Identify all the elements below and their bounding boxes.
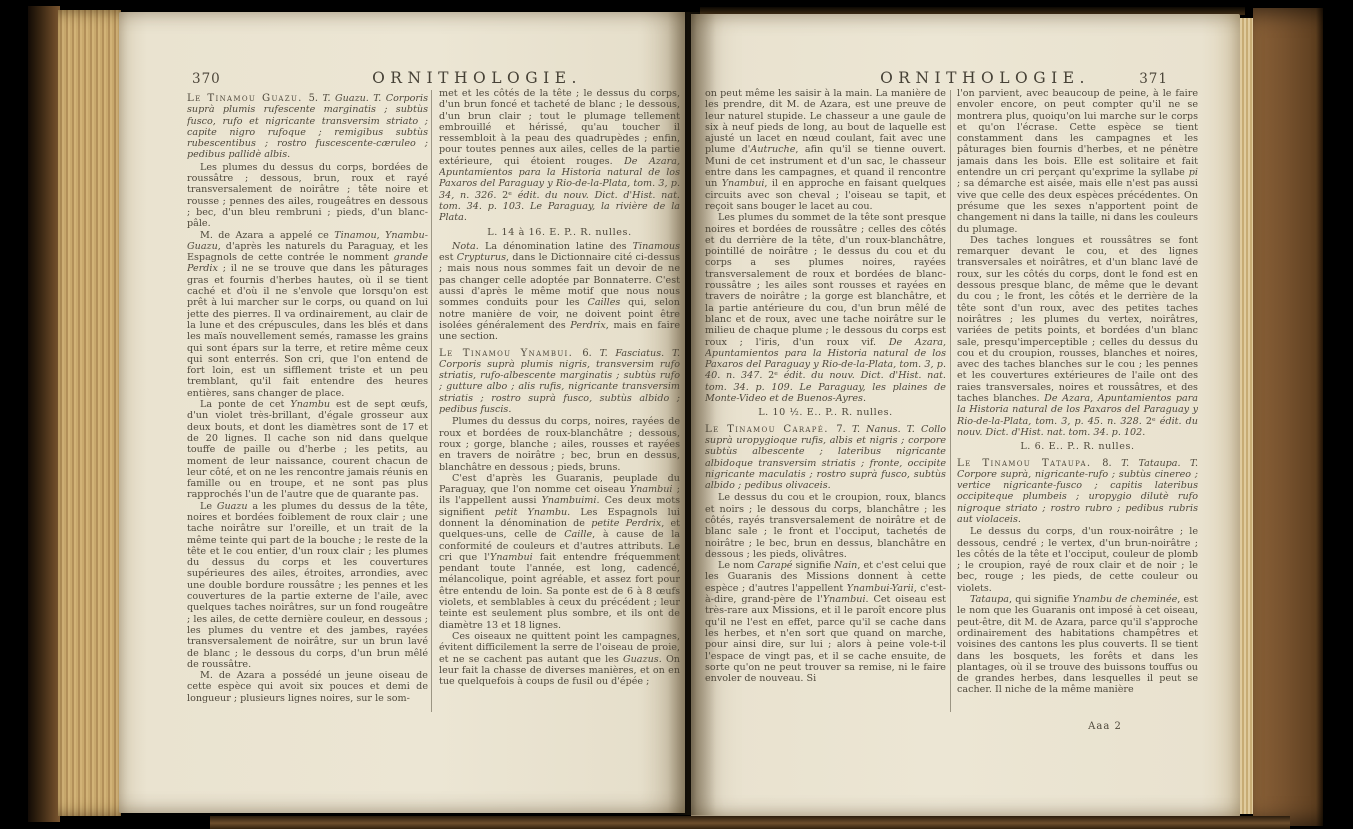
book-bottom-edge bbox=[210, 816, 1290, 829]
paragraph: Ces oiseaux ne quittent point les campag… bbox=[439, 631, 680, 687]
left-page-column-1: *Le Tinamou Guazu. 5. T. Guazu. T. Corpo… bbox=[187, 88, 428, 718]
paragraph: Des taches longues et roussâtres se font… bbox=[957, 235, 1198, 438]
running-head-left: ORNITHOLOGIE. bbox=[292, 69, 662, 87]
right-page-column-2: l'on parvient, avec beaucoup de peine, à… bbox=[957, 88, 1198, 718]
species-name: Le Tinamou Guazu. bbox=[187, 93, 309, 104]
paragraph: Les plumes du sommet de la tête sont pre… bbox=[705, 212, 946, 404]
page-edges-left-stack bbox=[58, 10, 121, 816]
paragraph: Les plumes du dessus du corps, bordées d… bbox=[187, 162, 428, 230]
measurements-line: L. 14 à 16. E. P.. R. nulles. bbox=[439, 227, 680, 238]
paragraph: Le dessus du corps, d'un roux-noirâtre ;… bbox=[957, 526, 1198, 594]
paragraph: Le dessus du cou et le croupion, roux, b… bbox=[705, 492, 946, 560]
species-name: Le Tinamou Carapé. bbox=[705, 424, 836, 435]
page-number-left: 370 bbox=[192, 71, 221, 87]
paragraph: on peut même les saisir à la main. La ma… bbox=[705, 88, 946, 212]
paragraph: met et les côtés de la tête ; le dessus … bbox=[439, 88, 680, 224]
page-edges-right-stack bbox=[1240, 18, 1253, 814]
column-divider-left-page bbox=[431, 90, 432, 712]
species-number: 6. bbox=[582, 348, 599, 359]
paragraph: M. de Azara a appelé ce Tinamou, Ynambu-… bbox=[187, 230, 428, 399]
species-entry-heading: *Le Tinamou Tataupa. 8. T. Tataupa. T. C… bbox=[957, 458, 1198, 526]
measurements-line: L. 6. E.. P.. R. nulles. bbox=[957, 441, 1198, 452]
right-page-column-1: on peut même les saisir à la main. La ma… bbox=[705, 88, 946, 718]
species-entry-heading: *Le Tinamou Carapé. 7. T. Nanus. T. Coll… bbox=[705, 424, 946, 492]
column-divider-right-page bbox=[950, 90, 951, 712]
species-number: 7. bbox=[836, 424, 852, 435]
species-name: Le Tinamou Tataupa. bbox=[957, 458, 1102, 469]
left-page-column-2: met et les côtés de la tête ; le dessus … bbox=[439, 88, 680, 718]
paragraph: Tataupa, qui signifie Ynambu de cheminée… bbox=[957, 594, 1198, 696]
paragraph: Nota. La dénomination latine des Tinamou… bbox=[439, 241, 680, 343]
page-number-right: 371 bbox=[1108, 71, 1168, 87]
paragraph: C'est d'après les Guaranis, peuplade du … bbox=[439, 473, 680, 631]
paragraph: Plumes du dessus du corps, noires, rayée… bbox=[439, 416, 680, 472]
measurements-line: L. 10 ½. E.. P.. R. nulles. bbox=[705, 407, 946, 418]
paragraph: La ponte de cet Ynambu est de sept œufs,… bbox=[187, 399, 428, 501]
paragraph: M. de Azara a possédé un jeune oiseau de… bbox=[187, 670, 428, 704]
species-name: Le Tinamou Ynambui. bbox=[439, 348, 582, 359]
book-cover-left-edge bbox=[28, 6, 60, 822]
paragraph: Le nom Carapé signifie Nain, et c'est ce… bbox=[705, 560, 946, 684]
paragraph: l'on parvient, avec beaucoup de peine, à… bbox=[957, 88, 1198, 235]
species-number: 8. bbox=[1102, 458, 1121, 469]
species-entry-heading: *Le Tinamou Ynambui. 6. T. Fasciatus. T.… bbox=[439, 348, 680, 416]
book-cover-right bbox=[1253, 8, 1323, 826]
species-number: 5. bbox=[309, 93, 323, 104]
paragraph: Le Guazu a les plumes du dessus de la tê… bbox=[187, 501, 428, 670]
book-photo: { "colors":{ "background":"#000000", "pa… bbox=[0, 0, 1353, 829]
quire-signature: Aaa 2 bbox=[1040, 721, 1170, 732]
species-entry-heading: *Le Tinamou Guazu. 5. T. Guazu. T. Corpo… bbox=[187, 93, 428, 161]
